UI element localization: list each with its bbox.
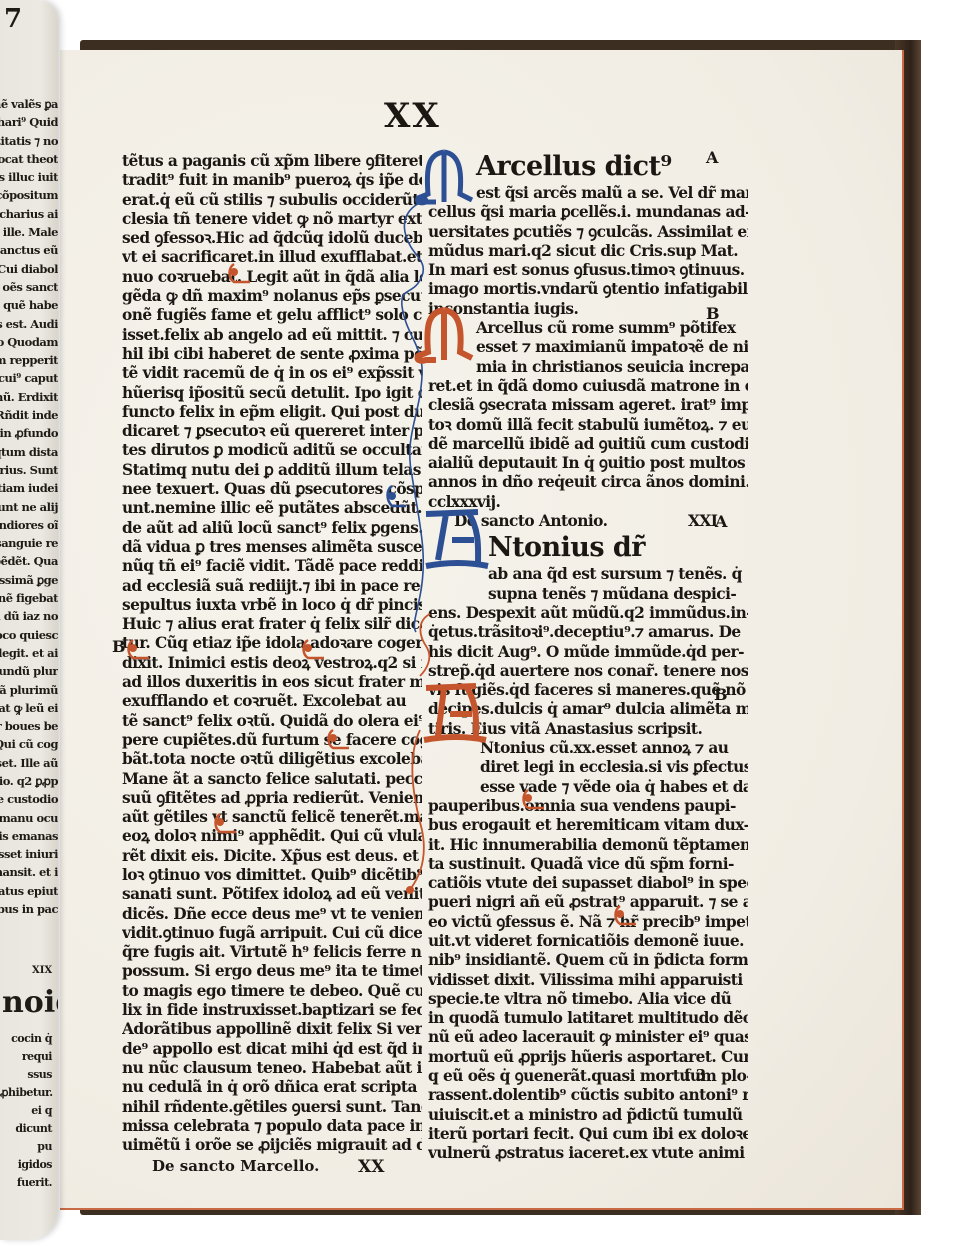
facing-text-line: functum repperit. xyxy=(0,351,58,369)
text-line: vidisset dixit. Vilissima mihi apparuist… xyxy=(428,971,748,990)
margin-letter-b: B xyxy=(714,685,728,704)
text-line: dixit. Inimici estis deoꝝ vestroꝝ.q2 si … xyxy=(122,654,422,673)
text-line: clesiã ꝯsecrata missam ageret. irat⁹ imp… xyxy=(428,396,748,415)
text-line: ad ecclesiã suã rediijt.⁊ ibi in pace re… xyxy=(122,577,422,596)
facing-text-line: illud cui⁹ caput xyxy=(0,369,58,387)
text-line: missa celebrata ⁊ populo data pace in pa… xyxy=(122,1117,422,1136)
facing-text-line: es illi. Cui diabol xyxy=(0,260,58,278)
facing-text-line: re. Quia oẽs sanct xyxy=(0,278,58,296)
text-line: Huic ⁊ alius erat frater q̇ felix silr̃ … xyxy=(122,615,422,634)
facing-text-line: alii. vnũ quẽ habe xyxy=(0,296,58,314)
facing-text-line: r quidã plurimũ xyxy=(0,681,58,699)
text-line: nũq̧ tñ ei⁹ faciẽ vidit. Tãdẽ pace reddi… xyxy=(122,557,422,576)
text-line: vulnerũ ꝓstratus iaceret.ex vtute animi xyxy=(428,1144,748,1163)
facing-text-line: sset. Qui cũ cog xyxy=(0,735,58,753)
text-line: uit.vt videret fornicatiõis demonẽ iuue. xyxy=(428,932,748,951)
text-line: dicẽs. Dñe ecce deus me⁹ vt te venientez xyxy=(122,905,422,924)
text-line: vidit.ꝯtinuo fugã arripuit. Cui cũ dicer… xyxy=(122,924,422,943)
left-text-column: tẽtus a paganis cũ xp̃m libere ꝯfiteretu… xyxy=(122,152,422,1155)
text-line: gẽda ꝙ dñ maxim⁹ nolanus ep̃s ꝑsecutio xyxy=(122,287,422,306)
signature-mark: f 3 xyxy=(684,1066,706,1084)
facing-text-line: ries sanctitatis ⁊ no xyxy=(0,132,58,150)
text-line: pueri nigri añ eũ ꝓstrat⁹ apparuit. ⁊ se… xyxy=(428,893,748,912)
text-line: his dicit Aug⁹. O mũde immũde.q̇d per- xyxy=(428,643,748,662)
text-line: diret legi in ecclesia.si vis ꝑfectus xyxy=(428,758,748,777)
text-line: mortuũ eũ ꝓprijs hũeris asportaret. Cun xyxy=(428,1048,748,1067)
facing-text-line: stabat ꝙ leũ ei xyxy=(0,699,58,717)
text-line: Statimq̧ nutu dei ꝑ additũ illum telas a… xyxy=(122,461,422,480)
text-line: q̃re fugis ait. Virtutẽ h⁹ felicis ferre… xyxy=(122,943,422,962)
text-line: dã vidua ꝑ tres menses alimẽta suscepit. xyxy=(122,538,422,557)
facing-text-line: ceratus epiut xyxy=(0,882,58,900)
right-text-column: Arcellus dict⁹est q̃si arcẽs malũ a se. … xyxy=(428,150,748,1164)
paragraph-mark-red xyxy=(520,788,546,812)
facing-text-line: guinis emanas xyxy=(0,827,58,845)
facing-text-line: to mansit. et i xyxy=(0,863,58,881)
text-line: Mane ãt a sancto felice salutati. peccat… xyxy=(122,770,422,789)
facing-text-line: iterũ macharius ai xyxy=(0,205,58,223)
initial-a-blue xyxy=(418,500,498,570)
facing-text-line: tutibus in pac xyxy=(0,900,58,918)
initial-flourish-red xyxy=(400,610,436,900)
text-line: isset.felix ab angelo ad eũ mittit. ⁊ cu… xyxy=(122,326,422,345)
text-line: sanati sunt. Põtifex idoloꝝ ad eũ venit xyxy=(122,885,422,904)
text-line: bus erogauit et heremiticam vitam dux- xyxy=(428,816,748,835)
text-line: nu cedulã in q̇ orõ dñica erat scripta Q… xyxy=(122,1078,422,1097)
facing-page-running-number: XIX xyxy=(32,965,52,976)
chapter-number: XXI xyxy=(688,512,717,531)
facing-text-line: lle custodio. xyxy=(0,790,58,808)
text-line: functo felix in ep̃m eligit. Qui post du… xyxy=(122,403,422,422)
facing-text-line: ioꝛ factus est. Audi xyxy=(0,315,58,333)
text-line: In mari est sonus ꝯfusus.timoꝛ ꝯtinuus. xyxy=(428,261,748,280)
text-line: onẽ fugiẽs fame et gelu afflict⁹ solo co… xyxy=(122,306,422,325)
text-line: nihil rñdente.gẽtiles ꝯuersi sunt. Tandẽ xyxy=(122,1098,422,1117)
paragraph-mark-red xyxy=(125,638,151,662)
text-line: bãt.tota nocte oꝛtũ diligẽtius excoleban… xyxy=(122,750,422,769)
facing-text-line: entẽ manu ocu xyxy=(0,809,58,827)
facing-text-line: ꝓfundiores oĩ xyxy=(0,516,58,534)
text-line: aũt gẽtiles vt sanctũ felicẽ tenerẽt.man… xyxy=(122,808,422,827)
facing-text-line: occurrit sanctus eũ xyxy=(0,241,58,259)
text-line: specie.te vltra nõ timebo. Alia vice dũ xyxy=(428,990,748,1009)
facing-text-line: macharius illuc iuit. xyxy=(0,168,58,186)
text-line: hũerisq̧ ip̃ositũ secũ detulit. Ipo igit… xyxy=(122,384,422,403)
text-line: pere cupiẽtes.dũ furtum se facere cogita… xyxy=(122,731,422,750)
facing-text-line: ndis. Cui ille. Male xyxy=(0,223,58,241)
initial-m-red xyxy=(414,306,478,376)
text-line: nib⁹ insidiantẽ. Quem cũ in p̃dicta form… xyxy=(428,951,748,970)
facing-text-line: ꝙ ordinẽ valẽs ꝑa xyxy=(0,95,58,113)
paragraph-mark-red xyxy=(226,262,252,286)
text-line: dicaret ⁊ ꝑsecutoꝛ eũ quereret inter par… xyxy=(122,422,422,441)
text-line: ens. Despexit aũt mũdũ.q2 immũdus.in- xyxy=(428,604,748,623)
facing-text-line: d redeundũ plur xyxy=(0,662,58,680)
text-line: esse vade ⁊ vẽde oia q̇ habes et da xyxy=(428,778,748,797)
facing-page-mark: 7 xyxy=(4,4,22,34)
facing-page-text: ꝙ ordinẽ valẽs ꝑadixit ei machari⁹ Quidr… xyxy=(0,95,58,918)
text-line: de aũt ad aliũ locũ sanct⁹ felix ꝑgens.a… xyxy=(122,519,422,538)
text-line: unt.nemine illic eẽ putãtes abscedũt. In xyxy=(122,499,422,518)
left-footer-number: XX xyxy=(358,1157,384,1177)
facing-text-line: tẽ facio. q2 ꝑꝓp xyxy=(0,772,58,790)
margin-letter-a: A xyxy=(715,512,727,531)
facing-text-line: dixit ei machari⁹ Quid xyxy=(0,113,58,131)
facing-text-line: iẽs suaui cõpositum xyxy=(0,186,58,204)
facing-text-line: inter boues be xyxy=(0,717,58,735)
text-line: to magis ego timere te debeo. Quẽ cum fe xyxy=(122,982,422,1001)
facing-text-line: ssus ꝓhibetur. xyxy=(0,1066,52,1102)
text-line: imago mortis.vndarũ ꝯtentio infatigabili… xyxy=(428,280,748,299)
text-line: in quodã tumulo latitaret multitudo dẽo- xyxy=(428,1009,748,1028)
text-line: nũ eũ adeo lacerauit ꝙ minister ei⁹ quas… xyxy=(428,1028,748,1047)
facing-text-line: igidos fuerit. xyxy=(0,1156,52,1192)
text-line: tẽtus a paganis cũ xp̃m libere ꝯfiteretu… xyxy=(122,152,422,171)
text-line: mũdus mari.q2 sicut dic Cris.sup Mat. xyxy=(428,242,748,261)
facing-text-line: charius. Sunt xyxy=(0,461,58,479)
facing-page: 7 ꝙ ordinẽ valẽs ꝑadixit ei machari⁹ Qui… xyxy=(0,0,58,1240)
text-line: nee texuert. Quas dũ ꝑsecutores cõspici- xyxy=(122,480,422,499)
facing-text-line: a tua. Rñdit inde xyxy=(0,406,58,424)
facing-text-line: si vnus q̇ vocat theot xyxy=(0,150,58,168)
text-line: uimẽtũ i orõe se ꝓijciẽs migrauit ad dñm… xyxy=(122,1136,422,1155)
text-line: rẽt dixit eis. Dicite. Xp̃us est deus. e… xyxy=(122,847,422,866)
text-line: de⁹ appollo est dicat mihi q̇d est q̃d i… xyxy=(122,1040,422,1059)
text-line: erat.q̇ eũ cũ stilis ⁊ subulis occiderũt… xyxy=(122,191,422,210)
facing-text-line: deos sunt ne alij xyxy=(0,498,58,516)
text-line: vt ei sacrificaret.in illud exufflabat.e… xyxy=(122,248,422,267)
text-line: suũ ꝯfitẽtes ad ꝓpria redierũt. Veniente… xyxy=(122,789,422,808)
facing-page-heading: noie xyxy=(2,985,58,1020)
facing-text-line: it. Sed dũ iaz no xyxy=(0,607,58,625)
facing-text-line: ei q̧ dicunt pu xyxy=(0,1102,52,1156)
facing-text-line: dit. Etiam iudei xyxy=(0,479,58,497)
facing-text-line: ꝓfundissimã ꝑge xyxy=(0,571,58,589)
text-line: supna tenẽs ⁊ mũdana despici- xyxy=(428,585,748,604)
facing-text-line: q̇ xp̃i sanguie re xyxy=(0,534,58,552)
text-line: lix in fide instruxisset.baptizari se fe… xyxy=(122,1001,422,1020)
margin-letter-a: A xyxy=(706,148,718,167)
text-line: eo victũ ꝯfessus ẽ. Nã ⁊ hr̃ precib⁹ imp… xyxy=(428,913,748,932)
text-line: annos in dño req̇euit circa ãnos domini. xyxy=(428,473,748,492)
text-line: Adorãtibus appollinẽ dixit felix Si vere xyxy=(122,1020,422,1039)
facing-text-line: multũ in ꝓfundo xyxy=(0,424,58,442)
text-line: nu nũc clausum teneo. Habebat aũt in ma xyxy=(122,1059,422,1078)
facing-text-line: cocin q̇ requi xyxy=(0,1030,52,1066)
text-line: dẽ marcellũ ibidẽ ad ꝯuitiũ cum custodia xyxy=(428,435,748,454)
running-head: XX xyxy=(384,96,441,136)
facing-text-line: arũdinẽ figebat. xyxy=(0,589,58,607)
text-line: uiuiscit.et a ministro ad p̃dictũ tumulũ… xyxy=(428,1106,748,1125)
text-line: sed ꝯfessoꝛ.Hic ad q̃dcũq̧ idolũ ducebat xyxy=(122,229,422,248)
text-line: possum. Si ergo deus me⁹ ita te timet. q… xyxy=(122,962,422,981)
text-line: exufflando et coꝛruẽt. Excolebat au xyxy=(122,692,422,711)
facing-text-line: pẽdẽt. Qua xyxy=(0,552,58,570)
initial-flourish-blue xyxy=(392,196,432,636)
facing-text-line: quodã loco quiesc xyxy=(0,626,58,644)
left-footer-title: De sancto Marcello. xyxy=(152,1157,319,1175)
text-line: ta sustinuit. Quadã vice dũ sp̃m forni- xyxy=(428,855,748,874)
text-line: sepultus iuxta vrbẽ in loco q̇ dr̃ pinci… xyxy=(122,596,422,615)
text-line: q̇etus.trãsitoꝛi⁹.deceptiu⁹.⁊ amarus. De xyxy=(428,623,748,642)
text-line: tes dirutos ꝑ modicũ aditũ se occultauit… xyxy=(122,441,422,460)
text-line: aialiũ deputauit In q̇ ꝯuitio post multo… xyxy=(428,454,748,473)
text-line: tẽ vidit racemũ de q̇ in os ei⁹ exp̃ssit… xyxy=(122,364,422,383)
text-line: it. Hic innumerabilia demonũ tẽptamen- xyxy=(428,836,748,855)
text-line: rassent.dolentib⁹ cũctis subito antoni⁹ … xyxy=(428,1086,748,1105)
text-line: hil ibi cibi haberet de sente ꝓxima pẽde… xyxy=(122,345,422,364)
facing-text-line: es collegit. et ai xyxy=(0,644,58,662)
facing-text-line: do erat q̃tum dista xyxy=(0,443,58,461)
text-line: tẽ sanct⁹ felix oꝛtũ. Quidã do olera ei⁹… xyxy=(122,712,422,731)
facing-text-line: dicasset iniuri xyxy=(0,845,58,863)
text-line: ret.et in q̃dã domo cuiusdã matrone in e… xyxy=(428,377,748,396)
paragraph-mark-red xyxy=(612,904,638,928)
margin-letter-b: B xyxy=(112,637,126,656)
text-line: nuo coꝛruebat. Legit aũt in q̃dã alia le xyxy=(122,268,422,287)
facing-text-line: paganũ. Erdixit xyxy=(0,388,58,406)
text-line: eoꝝ doloꝛ nimi⁹ apphẽdit. Qui cũ vlula- xyxy=(122,827,422,846)
text-line: catiõis vtute dei supasset diabol⁹ in sp… xyxy=(428,874,748,893)
facing-page-tail: cocin q̇ requissus ꝓhibetur.ei q̧ dicunt… xyxy=(0,1030,52,1192)
text-line: uersitates ꝑcutiẽs ⁊ ꝯculcãs. Assimilat … xyxy=(428,223,748,242)
paragraph-mark-red xyxy=(325,728,351,752)
text-line: tur. Cũq̧ etiaz ip̃e idola adoꝛare coger… xyxy=(122,634,422,653)
text-line: toꝛ domũ illã fecit stabulũ iumẽtoꝝ. ⁊ e… xyxy=(428,416,748,435)
facing-text-line: ulisset. Ille aũ xyxy=(0,754,58,772)
text-line: pauperibus.omnia sua vendens paupi- xyxy=(428,797,748,816)
text-line: ad illos duxeritis in eos sicut frater m… xyxy=(122,673,422,692)
text-line: clesia tñ tenere videt ꝙ nõ martyr extit… xyxy=(122,210,422,229)
paragraph-mark-red xyxy=(212,812,238,836)
margin-letter-b: B xyxy=(706,304,720,323)
text-line: iterũ portari fecit. Qui cum ibi ex dolo… xyxy=(428,1125,748,1144)
text-line: loꝛ ꝯtinuo vos dimittet. Quib⁹ dicẽtib⁹ xyxy=(122,866,422,885)
paragraph-mark-red xyxy=(300,638,326,662)
facing-text-line: deo Quodam xyxy=(0,333,58,351)
text-line: tradit⁹ fuit in manib⁹ pueroꝝ q̇s ip̃e d… xyxy=(122,171,422,190)
